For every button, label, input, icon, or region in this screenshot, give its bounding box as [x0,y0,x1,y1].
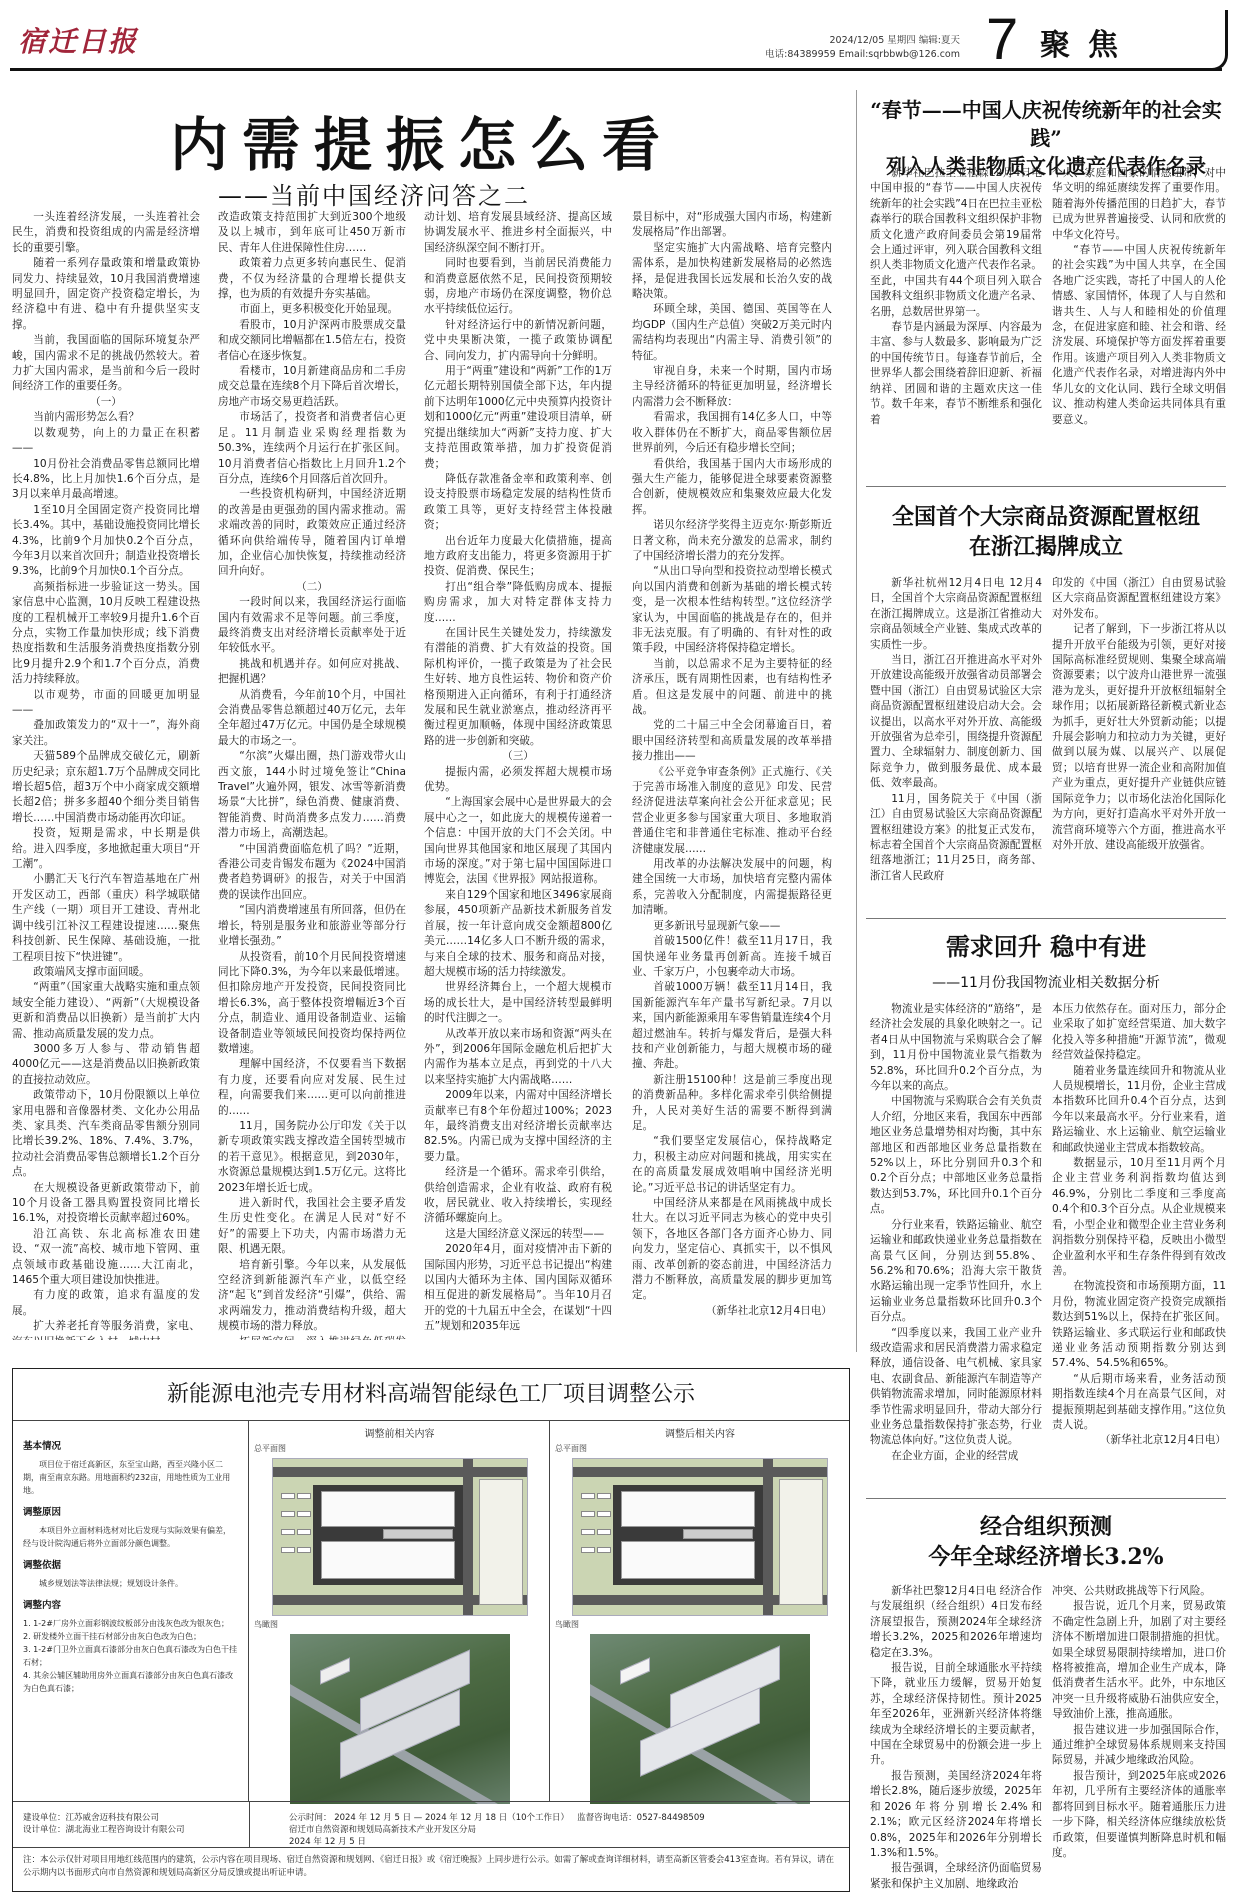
paragraph: 在国计民生关键处发力，持续激发有潜能的消费、扩大有效益的投资。国际机构评价，一揽… [424,626,612,749]
public-notice: 新能源电池壳专用材料高端智能绿色工厂项目调整公示 基本情况 项目位于宿迁高新区，… [12,1368,850,1892]
section-body-reason: 本项目外立面材料选材对比后发现与实际效果有偏差，经与设计院沟通后将外立面部分颜色… [23,1524,238,1550]
main-article-column-4: 景目标中，对“形成强大国内市场，构建新发展格局”作出部署。坚定实施扩大内需战略、… [632,210,832,1340]
paragraph: 印发的《中国（浙江）自由贸易试验区大宗商品资源配置枢纽建设方案》对外发布。 [1052,576,1226,622]
paragraph: 培育新引擎。今年以来，从发展低空经济到新能源汽车产业，以低空经济“起飞”到首发经… [218,1258,406,1335]
editor-contact: 电话:84389959 Email:sqrbbwb@126.com [760,48,960,62]
paragraph: 天猫589个品牌成交破亿元，刷新历史纪录；京东超1.7万个品牌成交同比增长超5倍… [12,749,200,826]
spring-festival-column-1: 新华社巴拉圭亚松森12月4日电 中国申报的“春节——中国人庆祝传统新年的社会实践… [870,166,1042,466]
paragraph: 报告建议进一步加强国际合作，通过维护全球贸易体系规则来支持国际贸易，并减少地缘政… [1052,1723,1226,1769]
paragraph: 本压力依然存在。面对压力，部分企业采取了如扩宽经营渠道、加大数字化投入等多种措施… [1052,1002,1226,1064]
paragraph: 首破1500亿件！截至11月17日，我国快递年业务量再创新高。连接千城百业、千家… [632,934,832,980]
dateline-signature: （新华社北京12月4日电） [1052,1433,1226,1448]
newspaper-logo: 宿迁日报 [18,20,138,60]
design-unit: 设计单位：湖北海业工程咨询设计有限公司 [23,1824,249,1836]
paragraph: 坚定实施扩大内需战略、培育完整内需体系，是加快构建新发展格局的必然选择，是促进我… [632,241,832,303]
paragraph: “四季度以来，我国工业产业升级改造需求和居民消费潜力需求稳定释放，通信设备、电气… [870,1326,1042,1449]
spring-festival-column-2: 个人、家庭和国家的情感纽带，对中华文明的绵延赓续发挥了重要作用。随着海外传播范围… [1052,166,1226,466]
notice-title: 新能源电池壳专用材料高端智能绿色工厂项目调整公示 [13,1369,849,1421]
paragraph: 政策带动下，10月份限额以上单位家用电器和音像器材类、文化办公用品类、家具类、汽… [12,1088,200,1180]
paragraph: 打出“组合拳”降低购房成本、提振购房需求，加大对特定群体支持力度…… [424,580,612,626]
paragraph: 春节是内涵最为深厚、内容最为丰富、参与人数最多、影响最为广泛的中国传统节日。每逢… [870,320,1042,428]
paragraph: 改造政策支持范围扩大到近300个地级及以上城市，到年底可让450万新市民、青年人… [218,210,406,256]
paragraph: 当日，浙江召开推进高水平对外开放建设高能级开放强省动员部署会暨中国（浙江）自由贸… [870,653,1042,792]
paragraph: 高频指标进一步验证这一势头。国家信息中心监测，10月反映工程建设热度的工程机械开… [12,580,200,688]
paragraph: 当前内需形势怎么看？ [12,410,200,425]
paragraph: 分行业来看，铁路运输业、航空运输业和邮政快递业业务总量指数在高景气区间，分别达到… [870,1218,1042,1326]
oecd-column-1: 新华社巴黎12月4日电 经济合作与发展组织（经合组织）4日发布经济展望报告，预测… [870,1584,1042,1894]
paragraph: 更多新讯号显现新气象—— [632,919,832,934]
paragraph: 首破1000万辆！截至11月14日，我国新能源汽车年产量书写新纪录。7月以来，国… [632,980,832,1072]
content-item-1: 1. 1-2#厂房外立面彩钢波纹板部分由浅灰色改为银灰色； [23,1617,238,1630]
paragraph: 新华社巴黎12月4日电 经济合作与发展组织（经合组织）4日发布经济展望报告，预测… [870,1584,1042,1661]
paragraph: 3000多万人参与、带动销售超4000亿元——这是消费品以旧换新政策的直接拉动效… [12,1042,200,1088]
aerial-render-image [590,1634,810,1804]
paragraph: 小鹏汇天飞行汽车智造基地在广州开发区动工，西部（重庆）科学城联储生产线（一期）项… [12,872,200,964]
paragraph: 从消费看，今年前10个月，中国社会消费品零售总额超过40万亿元，去年全年超过47… [218,688,406,750]
paragraph: 新华社巴拉圭亚松森12月4日电 中国申报的“春节——中国人庆祝传统新年的社会实践… [870,166,1042,320]
paragraph: 同时也要看到，当前居民消费能力和消费意愿依然不足，民间投资预期较弱，房地产市场仍… [424,256,612,318]
paragraph: 沿江高铁、东北高标准农田建设、“双一流”高校、城市地下管网、重点领域市政基础设施… [12,1227,200,1289]
paragraph: 理解中国经济，不仅要看当下数据有力度，还要看向应对发展、民生过程，向需要我们来…… [218,1057,406,1119]
section-heading-content: 调整内容 [23,1599,238,1612]
paragraph: 政策着力点更多转向惠民生、促消费，不仅为经济量的合理增长提供支撑，也为质的有效提… [218,256,406,302]
paragraph: 动计划、培育发展县域经济、提高区域协调发展水平、推进乡村全面振兴，中国经济纵深空… [424,210,612,256]
builder-unit: 建设单位：江苏威舍迈科技有限公司 [23,1812,249,1824]
content-item-3: 3. 1-2#门卫外立面真石漆部分由灰白色真石漆改为白色干挂石材； [23,1643,238,1669]
title-line-1: 经合组织预测 [866,1512,1226,1542]
aerial-view-label: 鸟瞰图 [254,1619,549,1630]
paragraph: 一头连着经济发展，一头连着社会民生，消费和投资组成的内需是经济增长的重要引擎。 [12,210,200,256]
article-title-oecd: 经合组织预测 今年全球经济增长3.2% [866,1512,1226,1572]
paragraph: “中国消费面临危机了吗？”近期，香港公司麦肯锡发布题为《2024中国消费者趋势调… [218,842,406,904]
section-body-basis: 城乡规划法等法律法规；规划设计条件。 [23,1577,238,1590]
notice-footnote: 注：本公示仅针对项目用地红线范围内的建筑，公示内容在项目现场、宿迁自然资源和规划… [13,1847,849,1891]
paragraph: 看需求，我国拥有14亿多人口，中等收入群体仍在不断扩大，商品零售额位居世界前列，… [632,410,832,456]
title-line-2: 在浙江揭牌成立 [866,532,1226,562]
paragraph: 报告说，目前全球通胀水平持续下降，就业压力缓解，贸易开始复苏，全球经济保持韧性。… [870,1661,1042,1769]
header-rule [10,68,1222,71]
paragraph: 记者了解到，下一步浙江将从以提升开放平台能级为引领，更好对接国际高标准经贸规则、… [1052,622,1226,853]
paragraph: 提振内需，必须发挥超大规模市场优势。 [424,765,612,796]
paragraph: 中国经济从来都是在风雨挑战中成长壮大。在以习近平同志为核心的党中央引领下，各地区… [632,1196,832,1304]
paragraph: 数据显示，10月至11月两个月企业主营业务利润指数均值达到46.9%，分别比二季… [1052,1156,1226,1279]
title-line-1: “春节——中国人庆祝传统新年的社会实践” [866,96,1226,152]
paragraph: 10月份社会消费品零售总额同比增长4.8%，比上月加快1.6个百分点，是3月以来… [12,457,200,503]
paragraph: 用改革的办法解决发展中的问题，构建全国统一大市场，加快培育完整内需体系，完善收入… [632,857,832,919]
paragraph: 在企业方面，企业的经营成 [870,1449,1042,1464]
paragraph: 来自129个国家和地区3496家展商参展，450项新产品新技术新服务首发首展，按… [424,888,612,980]
paragraph: “从后期市场来看，业务活动预期指数连续4个月在高景气区间，对提振预期起到基础支撑… [1052,1372,1226,1434]
panel-header: 调整前相关内容 [250,1425,549,1440]
dateline-signature: （新华社北京12月4日电） [632,1304,832,1319]
aerial-view-label: 鸟瞰图 [555,1619,849,1630]
issue-date: 2024/12/05 星期四 编辑:夏天 [760,34,960,48]
site-plan-label: 总平面图 [555,1443,849,1454]
aerial-render-image [290,1634,510,1804]
paragraph: 用于“两重”建设和“两新”工作的1万亿元超长期特别国债全部下达，年内提前下达明年… [424,364,612,472]
issuer: 宿迁市自然资源和规划局高新技术产业开发区分局 [289,1824,829,1836]
site-plan-image [572,1458,828,1616]
article-divider [866,918,1226,919]
section-body-basic: 项目位于宿迁高新区，东至宝山路，西至兴隆小区二期，南至南京东路。用地面积约232… [23,1458,238,1497]
paragraph: 1至10月全国固定资产投资同比增长3.4%。其中，基础设施投资同比增长4.3%，… [12,503,200,580]
column-divider [856,90,857,1352]
paragraph: 世界经济舞台上，一个超大规模市场的成长壮大，是中国经济转型最鲜明的时代注脚之一。 [424,980,612,1026]
paragraph: 以市观势，市面的回暖更加明显—— [12,688,200,719]
main-article-title: 内需提振怎么看 [170,98,674,182]
paragraph: 在物流投资和市场预期方面，11月份，物流业固定资产投资完成额指数达到51%以上，… [1052,1279,1226,1371]
paragraph: 新华社杭州12月4日电 12月4日，全国首个大宗商品资源配置枢纽在浙江揭牌成立。… [870,576,1042,653]
notice-info-row: 建设单位：江苏威舍迈科技有限公司 设计单位：湖北海业工程咨询设计有限公司 公示时… [13,1801,849,1847]
hotline: 监督咨询电话：0527-84498509 [577,1813,704,1823]
paragraph: 出台近年力度最大化债措施，提高地方政府支出能力，将更多资源用于扩投资、促消费、保… [424,534,612,580]
paragraph: “上海国家会展中心是世界最大的会展中心之一，如此庞大的规模传递着一个信息：中国开… [424,795,612,887]
notice-parties: 建设单位：江苏威舍迈科技有限公司 设计单位：湖北海业工程咨询设计有限公司 [23,1812,249,1836]
article-title-commodity-hub: 全国首个大宗商品资源配置枢纽 在浙江揭牌成立 [866,502,1226,562]
section-name: 聚焦 [1040,20,1136,64]
paragraph: 有力度的政策，追求有温度的发展。 [12,1288,200,1319]
site-plan-label: 总平面图 [254,1443,549,1454]
main-article-column-1: 一头连着经济发展，一头连着社会民生，消费和投资组成的内需是经济增长的重要引擎。随… [12,210,200,1340]
paragraph: 随着业务量连续回升和物流从业人员规模增长，11月份，企业主营成本指数环比回升0.… [1052,1064,1226,1156]
notice-period-info: 公示时间： 2024 年 12 月 5 日 — 2024 年 12 月 18 日… [289,1812,829,1848]
paragraph: 看供给，我国基于国内大市场形成的强大生产能力，能够促进全球要素资源整合创新，使规… [632,457,832,519]
paragraph: 一些投资机构研判，中国经济近期的改善是由更强劲的国内需求推动。需求端改善的同时，… [218,487,406,579]
panel-header: 调整后相关内容 [551,1425,849,1440]
section-heading-basis: 调整依据 [23,1559,238,1572]
paragraph: 个人、家庭和国家的情感纽带，对中华文明的绵延赓续发挥了重要作用。随着海外传播范围… [1052,166,1226,243]
paragraph: 冲突、公共财政挑战等下行风险。 [1052,1584,1226,1599]
divider [249,1802,250,1848]
paragraph: 环顾全球，美国、德国、英国等在人均GDP（国内生产总值）突破2万美元时内需结构均… [632,302,832,364]
paragraph: “两重”（国家重大战略实施和重点领域安全能力建设）、“两新”（大规模设备更新和消… [12,980,200,1042]
before-adjustment-panel: 调整前相关内容 总平面图 鸟瞰图 [250,1421,550,1801]
main-article-column-3: 动计划、培育发展县域经济、提高区域协调发展水平、推进乡村全面振兴，中国经济纵深空… [424,210,612,1340]
section-marker: （三） [424,749,612,764]
paragraph: 从改革开放以来市场和资源“两头在外”，到2006年国际金融危机后把扩大内需作为基… [424,1027,612,1089]
paragraph: 叠加政策发力的“双十一”，海外商家关注。 [12,718,200,749]
paragraph: 当前，以总需求不足为主要特征的经济承压，既有周期性因素，也有结构性矛盾。但这是发… [632,657,832,719]
content-item-2: 2. 研发楼外立面干挂石材部分由灰白色改为白色； [23,1630,238,1643]
content-item-4: 4. 其余公辅区辅助用房外立面真石漆部分由灰白色真石漆改为白色真石漆； [23,1669,238,1695]
paragraph: “我们要坚定发展信心，保持战略定力，积极主动应对问题和挑战，用实实在在的高质量发… [632,1134,832,1196]
paragraph: “从出口导向型和投资拉动型增长模式向以国内消费和创新为基础的增长模式转变，是一次… [632,564,832,656]
paragraph: 诺贝尔经济学奖得主迈克尔·斯彭斯近日著文称，尚未充分激发的总需求，制约了中国经济… [632,518,832,564]
article-title-logistics: 需求回升 稳中有进 [866,932,1226,962]
paragraph: 拓展新空间。深入推进绿色低碳发展、发布新型城镇化战略五年行 [218,1335,406,1340]
section-heading-reason: 调整原因 [23,1506,238,1519]
main-article-column-2: 改造政策支持范围扩大到近300个地级及以上城市，到年底可让450万新市民、青年人… [218,210,406,1340]
paragraph: 挑战和机遇并存。如何应对挑战、把握机遇？ [218,657,406,688]
page-number: 7 [986,12,1018,68]
paragraph: “春节——中国人庆祝传统新年的社会实践”为中国人共享，在全国各地广泛实践，寄托了… [1052,243,1226,428]
paragraph: 针对经济运行中的新情况新问题，党中央果断决策，一揽子政策协调配合、同向发力，扩内… [424,318,612,364]
paragraph: 《公平竞争审查条例》正式施行、《关于完善市场准入制度的意见》印发、民营经济促进法… [632,765,832,857]
paragraph: 经济是一个循环。需求牵引供给，供给创造需求，企业有收益、政府有税收，居民就业、收… [424,1165,612,1227]
paragraph: 在大规模设备更新政策带动下，前10个月设备工器具购置投资同比增长16.1%，对投… [12,1181,200,1227]
notice-details: 基本情况 项目位于宿迁高新区，东至宝山路，西至兴隆小区二期，南至南京东路。用地面… [13,1421,249,1801]
paragraph: “尔滨”火爆出圈，热门游戏带火山西文旅，144小时过境免签让“China Tra… [218,749,406,841]
paragraph: 新注册15100种！这是前三季度出现的消费新品种。多样化需求牵引供给侧提升，人民… [632,1073,832,1135]
paragraph: 报告强调，全球经济仍面临贸易紧张和保护主义加剧、地缘政治 [870,1861,1042,1892]
paragraph: 这是大国经济意义深远的转型—— [424,1227,612,1242]
notice-period: 公示时间： 2024 年 12 月 5 日 — 2024 年 12 月 18 日… [289,1813,569,1823]
logistics-column-1: 物流业是实体经济的“筋络”，是经济社会发展的具象化映射之一。记者4日从中国物流与… [870,1002,1042,1482]
paragraph: 11月，国务院办公厅印发《关于以新专项政策实践支撑改造全国转型城市的若干意见》。… [218,1119,406,1196]
paragraph: 扩大养老托育等服务消费，家电、汽车以旧换新下乡入村，城中村 [12,1319,200,1340]
paragraph: 报告说，近几个月来，贸易政策不确定性急剧上升，加剧了对主要经济体不断增加进口限制… [1052,1599,1226,1722]
paragraph: 进入新时代，我国社会主要矛盾发生历史性变化。在满足人民对“好不好”的需要上下功夫… [218,1196,406,1258]
paragraph: 2009年以来，内需对中国经济增长贡献率已有8个年份超过100%；2023年，最… [424,1088,612,1165]
masthead: 宿迁日报 2024/12/05 星期四 编辑:夏天 电话:84389959 Em… [0,0,1236,72]
article-divider [866,1498,1226,1499]
paragraph: 以数观势，向上的力量正在积蓄—— [12,426,200,457]
paragraph: 市面上，更多积极变化开始显现。 [218,302,406,317]
paragraph: 报告预计，到2025年底或2026年初，几乎所有主要经济体的通胀率都将回到目标水… [1052,1769,1226,1861]
paragraph: 11月，国务院关于《中国（浙江）自由贸易试验区大宗商品资源配置枢纽建设方案》的批… [870,792,1042,884]
oecd-column-2: 冲突、公共财政挑战等下行风险。报告说，近几个月来，贸易政策不确定性急剧上升，加剧… [1052,1584,1226,1894]
paragraph: “国内消费增速虽有所回落，但仍在增长，特别是服务业和旅游业等部分行业增长强劲。” [218,903,406,949]
header-corner-decoration [1208,10,1228,71]
article-subtitle-logistics: ——11月份我国物流业相关数据分析 [866,972,1226,992]
paragraph: 报告预测，美国经济2024年将增长2.8%，随后逐步放缓，2025年和2026年… [870,1769,1042,1861]
main-article-subtitle: ——当前中国经济问答之二 [218,176,530,211]
after-adjustment-panel: 调整后相关内容 总平面图 鸟瞰图 [551,1421,849,1801]
section-marker: （二） [218,580,406,595]
paragraph: 市场活了，投资者和消费者信心更足。11月制造业采购经理指数为50.3%，连续两个… [218,410,406,487]
paragraph: 审视自身，未来一个时期，国内市场主导经济循环的特征更加明显，经济增长内需潜力会不… [632,364,832,410]
title-line-1: 全国首个大宗商品资源配置枢纽 [866,502,1226,532]
article-divider [866,486,1226,487]
site-plan-image [272,1458,528,1616]
paragraph: 看股市，10月沪深两市股票成交量和成交额同比增幅都在1.5倍左右，投资者信心在逐… [218,318,406,364]
paragraph: 当前，我国面临的国际环境复杂严峻，国内需求不足的挑战仍然较大。着力扩大国内需求，… [12,333,200,395]
logistics-column-2: 本压力依然存在。面对压力，部分企业采取了如扩宽经营渠道、加大数字化投入等多种措施… [1052,1002,1226,1482]
issue-meta: 2024/12/05 星期四 编辑:夏天 电话:84389959 Email:s… [760,34,960,62]
commodity-hub-column-2: 印发的《中国（浙江）自由贸易试验区大宗商品资源配置枢纽建设方案》对外发布。记者了… [1052,576,1226,896]
paragraph: 随着一系列存量政策和增量政策协同发力、持续显效，10月我国消费增速明显回升，固定… [12,256,200,333]
paragraph: 物流业是实体经济的“筋络”，是经济社会发展的具象化映射之一。记者4日从中国物流与… [870,1002,1042,1094]
title-line-2: 今年全球经济增长3.2% [866,1542,1226,1572]
paragraph: 政策端风支撑市面回暖。 [12,965,200,980]
paragraph: 降低存款准备金率和政策利率、创设支持股票市场稳定发展的结构性货币政策工具等，更好… [424,472,612,534]
paragraph: 景目标中，对“形成强大国内市场，构建新发展格局”作出部署。 [632,210,832,241]
section-heading-basic: 基本情况 [23,1440,238,1453]
section-marker: （一） [12,395,200,410]
commodity-hub-column-1: 新华社杭州12月4日电 12月4日，全国首个大宗商品资源配置枢纽在浙江揭牌成立。… [870,576,1042,896]
paragraph: 中国物流与采购联合会有关负责人介绍，分地区来看，我国东中西部地区业务总量增势相对… [870,1094,1042,1217]
paragraph: 看楼市，10月新建商品房和二手房成交总量在连续8个月下降后首次增长，房地产市场交… [218,364,406,410]
paragraph: 2020年4月，面对疫情冲击下新的国际国内形势，习近平总书记提出“构建以国内大循… [424,1242,612,1334]
paragraph: 从投资看，前10个月民间投资增速同比下降0.3%，为今年以来最低增速。但扣除房地… [218,950,406,1058]
paragraph: 一段时间以来，我国经济运行面临国内有效需求不足等问题。前三季度，最终消费支出对经… [218,595,406,657]
paragraph: 党的二十届三中全会闭幕逾百日，着眼中国经济转型和高质量发展的改革举措接力推出—— [632,718,832,764]
paragraph: 投资，短期是需求，中长期是供给。进入四季度，多地掀起重大项目“开工潮”。 [12,826,200,872]
